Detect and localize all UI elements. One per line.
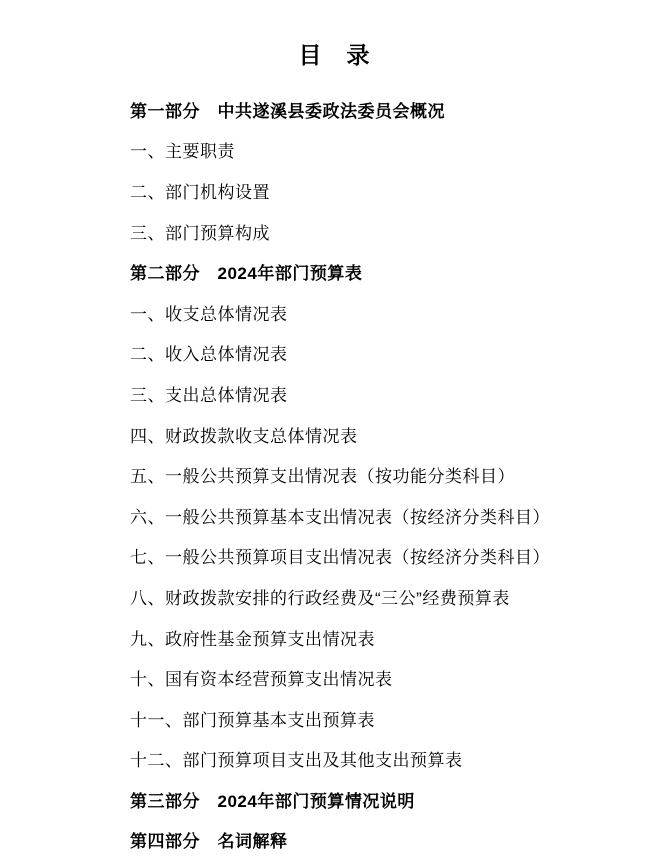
toc-item: 六、一般公共预算基本支出情况表（按经济分类科目） [130,495,589,536]
document-page: 目 录 第一部分 中共遂溪县委政法委员会概况 一、主要职责 二、部门机构设置 三… [0,0,669,862]
toc-item: 七、一般公共预算项目支出情况表（按经济分类科目） [130,536,589,577]
toc-item: 十、国有资本经营预算支出情况表 [130,657,589,698]
toc-item: 二、部门机构设置 [130,170,589,211]
table-of-contents: 第一部分 中共遂溪县委政法委员会概况 一、主要职责 二、部门机构设置 三、部门预… [130,89,589,860]
toc-section-heading-4: 第四部分 名词解释 [130,820,589,861]
toc-item: 二、收入总体情况表 [130,333,589,374]
page-title: 目 录 [0,42,669,68]
toc-item: 十二、部门预算项目支出及其他支出预算表 [130,739,589,780]
toc-section-heading-2: 第二部分 2024年部门预算表 [130,251,589,292]
toc-item: 九、政府性基金预算支出情况表 [130,617,589,658]
toc-item: 五、一般公共预算支出情况表（按功能分类科目） [130,454,589,495]
toc-item: 一、收支总体情况表 [130,292,589,333]
toc-item: 三、部门预算构成 [130,211,589,252]
toc-item: 四、财政拨款收支总体情况表 [130,414,589,455]
toc-section-heading-3: 第三部分 2024年部门预算情况说明 [130,779,589,820]
toc-section-heading-1: 第一部分 中共遂溪县委政法委员会概况 [130,89,589,130]
toc-item: 一、主要职责 [130,130,589,171]
toc-item: 三、支出总体情况表 [130,373,589,414]
toc-item: 十一、部门预算基本支出预算表 [130,698,589,739]
toc-item: 八、财政拨款安排的行政经费及“三公”经费预算表 [130,576,589,617]
